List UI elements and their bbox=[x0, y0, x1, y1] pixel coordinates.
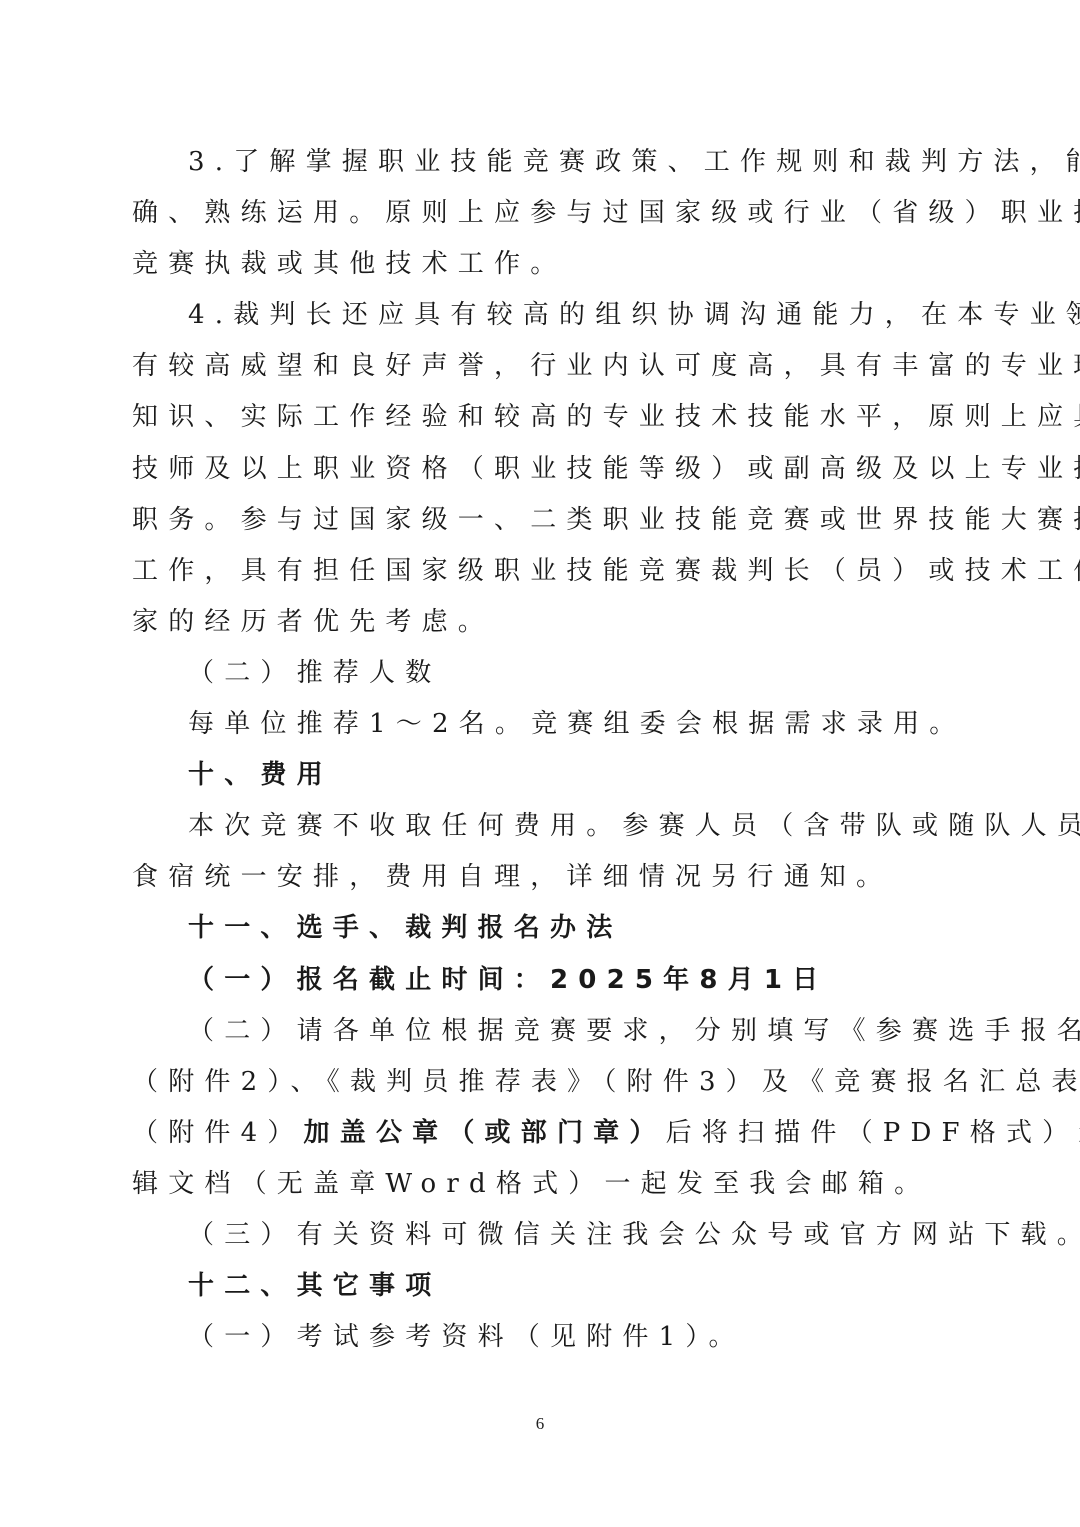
text-segment: 后将扫描件（PDF格式）连同可编 bbox=[666, 1118, 1080, 1148]
registration-deadline: （一）报名截止时间：2025年8月1日 bbox=[132, 955, 950, 1006]
paragraph-requirement-3-line-3: 竞赛执裁或其他技术工作。 bbox=[132, 239, 950, 290]
paragraph-requirement-3-line-2: 确、熟练运用。原则上应参与过国家级或行业（省级）职业技能 bbox=[132, 188, 950, 239]
subheading-recommended-count: （二）推荐人数 bbox=[132, 648, 950, 699]
paragraph-requirement-4-line-4: 技师及以上职业资格（职业技能等级）或副高级及以上专业技术 bbox=[132, 444, 950, 495]
paragraph-requirement-4-line-5: 职务。参与过国家级一、二类职业技能竞赛或世界技能大赛技术 bbox=[132, 495, 950, 546]
text-segment: （附件4） bbox=[132, 1118, 304, 1148]
paragraph-materials-download: （三）有关资料可微信关注我会公众号或官方网站下载。 bbox=[132, 1210, 950, 1261]
paragraph-requirement-4-line-1: 4.裁判长还应具有较高的组织协调沟通能力，在本专业领域 bbox=[132, 290, 950, 341]
paragraph-requirement-4-line-7: 家的经历者优先考虑。 bbox=[132, 597, 950, 648]
page-number: 6 bbox=[0, 1414, 1080, 1434]
paragraph-requirement-4-line-3: 知识、实际工作经验和较高的专业技术技能水平，原则上应具有 bbox=[132, 392, 950, 443]
section-heading-other-matters: 十二、其它事项 bbox=[132, 1261, 950, 1312]
paragraph-requirement-3-line-1: 3.了解掌握职业技能竞赛政策、工作规则和裁判方法，能准 bbox=[132, 137, 950, 188]
document-body: 3.了解掌握职业技能竞赛政策、工作规则和裁判方法，能准 确、熟练运用。原则上应参… bbox=[132, 137, 950, 1363]
paragraph-recommended-count: 每单位推荐1～2名。竞赛组委会根据需求录用。 bbox=[132, 699, 950, 750]
paragraph-requirement-4-line-2: 有较高威望和良好声誉，行业内认可度高，具有丰富的专业理论 bbox=[132, 341, 950, 392]
paragraph-fees-line-2: 食宿统一安排，费用自理，详细情况另行通知。 bbox=[132, 852, 950, 903]
paragraph-fees-line-1: 本次竞赛不收取任何费用。参赛人员（含带队或随队人员） bbox=[132, 801, 950, 852]
section-heading-fees: 十、费用 bbox=[132, 750, 950, 801]
section-heading-registration: 十一、选手、裁判报名办法 bbox=[132, 903, 950, 954]
paragraph-registration-forms-line-2: （附件2）、《裁判员推荐表》（附件3）及《竞赛报名汇总表》 bbox=[132, 1057, 950, 1108]
paragraph-requirement-4-line-6: 工作，具有担任国家级职业技能竞赛裁判长（员）或技术工作专 bbox=[132, 546, 950, 597]
paragraph-exam-reference: （一）考试参考资料（见附件1）。 bbox=[132, 1312, 950, 1363]
document-page: 3.了解掌握职业技能竞赛政策、工作规则和裁判方法，能准 确、熟练运用。原则上应参… bbox=[0, 0, 1080, 1527]
paragraph-registration-forms-line-3: （附件4）加盖公章（或部门章）后将扫描件（PDF格式）连同可编 bbox=[132, 1108, 950, 1159]
paragraph-registration-forms-line-1: （二）请各单位根据竞赛要求，分别填写《参赛选手报名表》 bbox=[132, 1006, 950, 1057]
paragraph-registration-forms-line-4: 辑文档（无盖章Word格式）一起发至我会邮箱。 bbox=[132, 1159, 950, 1210]
emphasis-official-seal: 加盖公章（或部门章） bbox=[304, 1118, 666, 1148]
